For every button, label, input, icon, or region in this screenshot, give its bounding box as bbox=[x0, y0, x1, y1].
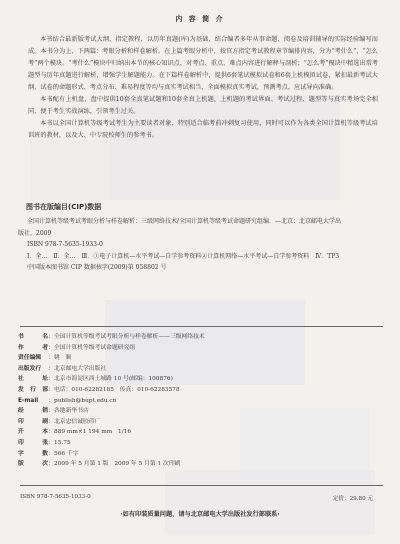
colophon-key: 社址 bbox=[18, 374, 48, 385]
quality-notice: ·如有印装质量问题，请与北京邮电大学出版社发行部联系· bbox=[0, 509, 400, 518]
colophon-key-char: 印 bbox=[18, 417, 24, 428]
divider bbox=[20, 326, 383, 327]
colophon-row: 社址：北京市海淀区西土城路 10 号(邮编：100876) bbox=[18, 374, 378, 385]
colophon-key-char: 责任编辑 bbox=[18, 353, 41, 364]
cip-line: 版社，2009 bbox=[18, 228, 384, 240]
cip-line: Ⅰ．全… Ⅱ．全… Ⅲ．①电子计算机—水平考试—自学参考资料②计算机网络—水平考… bbox=[18, 251, 384, 263]
divider bbox=[20, 485, 383, 486]
colophon: 书名：全国计算机等级考试考眼分析与样卷解析——三级网络技术作者：全国计算机等级考… bbox=[18, 332, 378, 470]
colophon-value: 北京市海淀区西土城路 10 号(邮编：100876) bbox=[54, 374, 378, 385]
colophon-key: 经销 bbox=[18, 406, 48, 417]
colophon-value: 电话：010-62282185 传真：010-62283578 bbox=[54, 385, 378, 396]
cip-data: 全国计算机等级考试考眼分析与样卷解析：三级网络技术/全国计算机等级考试命题研究组… bbox=[18, 216, 384, 274]
colophon-key: 作者 bbox=[18, 343, 48, 354]
colophon-value: 全国计算机等级考试考眼分析与样卷解析——三级网络技术 bbox=[54, 332, 378, 343]
cip-line: 中国版本图书馆 CIP 数据核字(2009)第 058802 号 bbox=[18, 262, 384, 274]
colophon-row: 版次：2009 年 5 月第 1 版 2009 年 5 月第 1 次印刷 bbox=[18, 459, 378, 470]
colophon-value: publish@bupt.edu.cn bbox=[54, 396, 378, 407]
colophon-row: 发行部：电话：010-62282185 传真：010-62283578 bbox=[18, 385, 378, 396]
colophon-row: 字数：566 千字 bbox=[18, 449, 378, 460]
intro-paragraph: 本书以全国计算机等级考试考生为主要读者对象，特别适合临考前冲刺复习使用，同时可以… bbox=[28, 118, 378, 142]
colophon-value: 北京邮电大学出版社 bbox=[54, 364, 378, 375]
colophon-row: 印张：15.75 bbox=[18, 438, 378, 449]
colophon-key-char: 印 bbox=[18, 438, 24, 449]
colophon-value: 北京忠信诚胶印厂 bbox=[54, 417, 378, 428]
colophon-key-char: 开 bbox=[18, 427, 24, 438]
colophon-value: 566 千字 bbox=[54, 449, 378, 460]
colophon-key: 印刷 bbox=[18, 417, 48, 428]
colophon-key-char: 书 bbox=[18, 332, 24, 343]
colophon-row: E-mail：publish@bupt.edu.cn bbox=[18, 396, 378, 407]
colophon-key: 出版发行 bbox=[18, 364, 48, 375]
isbn-footer: ISBN 978-7-5635-1933-0 bbox=[20, 494, 91, 500]
colophon-key: 印张 bbox=[18, 438, 48, 449]
colophon-key: 发行部 bbox=[18, 385, 48, 396]
colophon-value: 889 mm×1 194 mm 1/16 bbox=[54, 427, 378, 438]
colophon-value: 各地新华书店 bbox=[54, 406, 378, 417]
cip-line: ISBN 978-7-5635-1933-0 bbox=[18, 239, 384, 251]
colophon-key-char: 行 bbox=[30, 385, 36, 396]
intro-paragraph: 本书配有上机盘，盘中提供10套全真笔试题和10套全真上机题，上机题的考试界面、考… bbox=[28, 94, 378, 118]
intro-text: 本书结合最新版考试大纲、指定教程，以历年真题(库)为基础，结合编者多年从事命题、… bbox=[28, 34, 378, 142]
colophon-row: 书名：全国计算机等级考试考眼分析与样卷解析——三级网络技术 bbox=[18, 332, 378, 343]
colophon-key: E-mail bbox=[18, 396, 48, 407]
colophon-key: 责任编辑 bbox=[18, 353, 48, 364]
colophon-value: 2009 年 5 月第 1 版 2009 年 5 月第 1 次印刷 bbox=[54, 459, 378, 470]
colophon-value: 姚 顺 bbox=[54, 353, 378, 364]
colophon-key: 开本 bbox=[18, 427, 48, 438]
price: 定价：29.80 元 bbox=[333, 494, 373, 502]
cip-heading: 图书在版编目(CIP)数据 bbox=[26, 202, 101, 212]
colophon-key-char: 作 bbox=[18, 343, 24, 354]
colophon-key: 版次 bbox=[18, 459, 48, 470]
colophon-row: 开本：889 mm×1 194 mm 1/16 bbox=[18, 427, 378, 438]
copyright-page: 内 容 简 介 本书结合最新版考试大纲、指定教程，以历年真题(库)为基础，结合编… bbox=[0, 0, 400, 544]
colophon-value: 全国计算机等级考试命题研究组 bbox=[54, 343, 378, 354]
colophon-value: 15.75 bbox=[54, 438, 378, 449]
colophon-row: 出版发行：北京邮电大学出版社 bbox=[18, 364, 378, 375]
intro-title: 内 容 简 介 bbox=[0, 14, 400, 24]
colophon-key-char: 经 bbox=[18, 406, 24, 417]
colophon-key-char: 发 bbox=[18, 385, 24, 396]
cip-line: 全国计算机等级考试考眼分析与样卷解析：三级网络技术/全国计算机等级考试命题研究组… bbox=[18, 216, 384, 228]
colophon-row: 经销：各地新华书店 bbox=[18, 406, 378, 417]
colophon-row: 责任编辑：姚 顺 bbox=[18, 353, 378, 364]
colophon-row: 作者：全国计算机等级考试命题研究组 bbox=[18, 343, 378, 354]
colophon-key-char: 出版发行 bbox=[18, 364, 41, 375]
colophon-key-char: 字 bbox=[18, 449, 24, 460]
colophon-key-char: 版 bbox=[18, 459, 24, 470]
colophon-key: 字数 bbox=[18, 449, 48, 460]
intro-paragraph: 本书结合最新版考试大纲、指定教程，以历年真题(库)为基础，结合编者多年从事命题、… bbox=[28, 34, 378, 94]
colophon-key-char: 社 bbox=[18, 374, 24, 385]
colophon-key: 书名 bbox=[18, 332, 48, 343]
colophon-key-char: E-mail bbox=[18, 396, 38, 407]
colophon-row: 印刷：北京忠信诚胶印厂 bbox=[18, 417, 378, 428]
